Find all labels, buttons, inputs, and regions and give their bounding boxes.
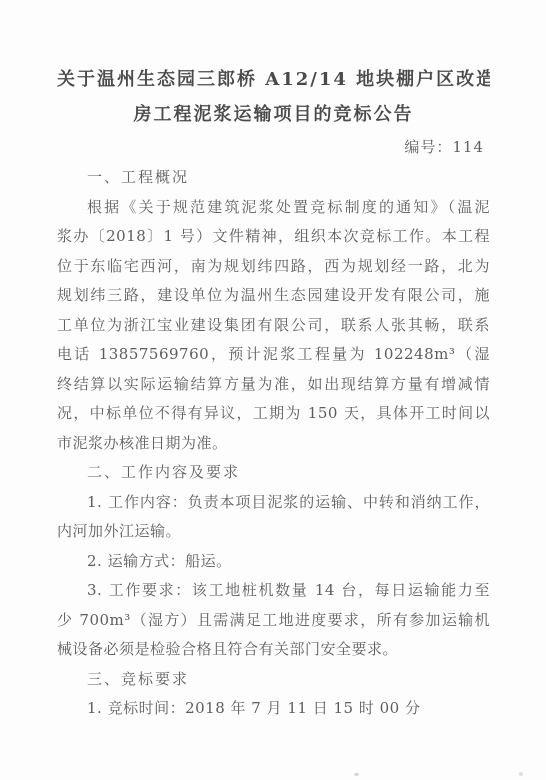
section-heading: 二、工作内容及要求: [57, 458, 490, 488]
document-title-line-1: 关于温州生态园三郎桥 A12/14 地块棚户区改造安置: [57, 62, 490, 97]
paragraph-line: 1. 竞标时间：2018 年 7 月 11 日 15 时 00 分: [57, 694, 490, 724]
document-body: 一、工程概况根据《关于规范建筑泥浆处置竞标制度的通知》（温泥浆办〔2018〕1 …: [57, 163, 490, 724]
paragraph-line: 内河加外江运输。: [57, 517, 490, 547]
scanned-document-page: 关于温州生态园三郎桥 A12/14 地块棚户区改造安置 房工程泥浆运输项目的竞标…: [0, 0, 546, 780]
section-heading: 三、竞标要求: [57, 665, 490, 695]
paragraph-line: 3. 工作要求：该工地桩机数量 14 台，每日运输能力至: [57, 576, 490, 606]
paragraph-line: 工单位为浙江宝业建设集团有限公司，联系人张其畅，联系: [57, 311, 490, 341]
paragraph-line: 规划纬三路，建设单位为温州生态园建设开发有限公司，施: [57, 281, 490, 311]
document-title: 关于温州生态园三郎桥 A12/14 地块棚户区改造安置 房工程泥浆运输项目的竞标…: [57, 62, 490, 132]
paragraph-line: 终结算以实际运输结算方量为准，如出现结算方量有增减情: [57, 370, 490, 400]
scan-speck: [354, 773, 359, 776]
paragraph-line: 少 700m³（湿方）且需满足工地进度要求，所有参加运输机: [57, 606, 490, 636]
section-heading: 一、工程概况: [57, 163, 490, 193]
document-content: 关于温州生态园三郎桥 A12/14 地块棚户区改造安置 房工程泥浆运输项目的竞标…: [57, 62, 490, 724]
paragraph-line: 根据《关于规范建筑泥浆处置竞标制度的通知》（温泥: [57, 193, 490, 223]
paragraph-line: 械设备必须是检验合格且符合有关部门安全要求。: [57, 635, 490, 665]
paragraph-line: 市泥浆办核准日期为准。: [57, 429, 490, 459]
scan-speck: [242, 388, 245, 391]
paragraph-line: 浆办〔2018〕1 号）文件精神，组织本次竞标工作。本工程: [57, 222, 490, 252]
paragraph-line: 1. 工作内容：负责本项目泥浆的运输、中转和消纳工作，: [57, 488, 490, 518]
paragraph-line: 位于东临宅西河，南为规划纬四路，西为规划经一路，北为: [57, 252, 490, 282]
paragraph-line: 况，中标单位不得有异议，工期为 150 天，具体开工时间以: [57, 399, 490, 429]
paragraph-line: 2. 运输方式：船运。: [57, 547, 490, 577]
scan-speck: [519, 772, 523, 776]
document-number: 编号：114: [57, 135, 490, 159]
document-title-line-2: 房工程泥浆运输项目的竞标公告: [57, 97, 490, 132]
paragraph-line: 电话 13857569760，预计泥浆工程量为 102248m³（湿方），最: [57, 340, 490, 370]
